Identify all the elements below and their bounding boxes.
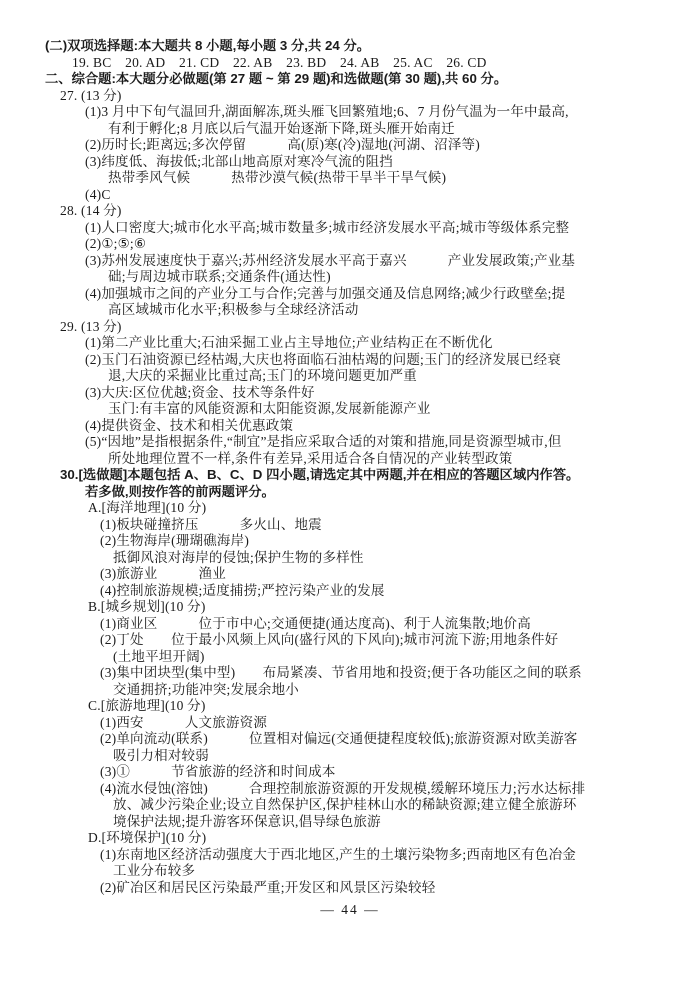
- doc-line: (3)纬度低、海拔低;北部山地高原对寒冷气流的阻挡: [0, 154, 700, 171]
- doc-line: (1)3 月中下旬气温回升,湖面解冻,斑头雁飞回繁殖地;6、7 月份气温为一年中…: [0, 104, 700, 121]
- doc-line: (5)“因地”是指根据条件,“制宜”是指应采取合适的对策和措施,同是资源型城市,…: [0, 434, 700, 451]
- exam-answer-sheet-page: (二)双项选择题:本大题共 8 小题,每小题 3 分,共 24 分。19. BC…: [0, 0, 700, 990]
- doc-line: 所处地理位置不一样,条件有差异,采用适合各自情况的产业转型政策: [0, 451, 700, 468]
- doc-line: 工业分布较多: [0, 863, 700, 880]
- doc-line: (1)第二产业比重大;石油采掘工业占主导地位;产业结构正在不断优化: [0, 335, 700, 352]
- doc-line: (3)旅游业 渔业: [0, 566, 700, 583]
- optionB-header: B.[城乡规划](10 分): [0, 599, 700, 616]
- doc-line: (3)大庆:区位优越;资金、技术等条件好: [0, 385, 700, 402]
- doc-line: (1)人口密度大;城市化水平高;城市数量多;城市经济发展水平高;城市等级体系完整: [0, 220, 700, 237]
- doc-line: (1)西安 人文旅游资源: [0, 715, 700, 732]
- doc-line: (4)流水侵蚀(溶蚀) 合理控制旅游资源的开发规模,缓解环境压力;污水达标排: [0, 781, 700, 798]
- doc-line: (2)①;⑤;⑥: [0, 236, 700, 253]
- doc-line: (1)商业区 位于市中心;交通便捷(通达度高)、利于人流集散;地价高: [0, 616, 700, 633]
- doc-lines: (二)双项选择题:本大题共 8 小题,每小题 3 分,共 24 分。19. BC…: [0, 38, 700, 896]
- section3-header: 二、综合题:本大题分必做题(第 27 题 ~ 第 29 题)和选做题(第 30 …: [0, 71, 700, 88]
- doc-line: 抵御风浪对海岸的侵蚀;保护生物的多样性: [0, 550, 700, 567]
- q28-header: 28. (14 分): [0, 203, 700, 220]
- doc-line: (1)板块碰撞挤压 多火山、地震: [0, 517, 700, 534]
- doc-line: (3)苏州发展速度快于嘉兴;苏州经济发展水平高于嘉兴 产业发展政策;产业基: [0, 253, 700, 270]
- choice-answers-row: 19. BC 20. AD 21. CD 22. AB 23. BD 24. A…: [0, 55, 700, 72]
- doc-line: (2)单向流动(联系) 位置相对偏远(交通便捷程度较低);旅游资源对欧美游客: [0, 731, 700, 748]
- section2-header: (二)双项选择题:本大题共 8 小题,每小题 3 分,共 24 分。: [0, 38, 700, 55]
- doc-line: 吸引力相对较弱: [0, 748, 700, 765]
- doc-line: 交通拥挤;功能冲突;发展余地小: [0, 682, 700, 699]
- q30-header-cont: 若多做,则按作答的前两题评分。: [0, 484, 700, 501]
- doc-line: (2)生物海岸(珊瑚礁海岸): [0, 533, 700, 550]
- doc-line: (2)历时长;距离远;多次停留 高(原)寒(冷)湿地(河湖、沼泽等): [0, 137, 700, 154]
- doc-line: 热带季风气候 热带沙漠气候(热带干旱半干旱气候): [0, 170, 700, 187]
- doc-line: 放、减少污染企业;设立自然保护区,保护桂林山水的稀缺资源;建立健全旅游环: [0, 797, 700, 814]
- optionD-header: D.[环境保护](10 分): [0, 830, 700, 847]
- doc-line: (4)控制旅游规模;适度捕捞;严控污染产业的发展: [0, 583, 700, 600]
- q27-header: 27. (13 分): [0, 88, 700, 105]
- doc-line: (2)玉门石油资源已经枯竭,大庆也将面临石油枯竭的问题;玉门的经济发展已经衰: [0, 352, 700, 369]
- doc-line: 有利于孵化;8 月底以后气温开始逐渐下降,斑头雁开始南迁: [0, 121, 700, 138]
- doc-line: 玉门:有丰富的风能资源和太阳能资源,发展新能源产业: [0, 401, 700, 418]
- doc-line: 础;与周边城市联系;交通条件(通达性): [0, 269, 700, 286]
- doc-line: (4)提供资金、技术和相关优惠政策: [0, 418, 700, 435]
- doc-line: 高区域城市化水平;积极参与全球经济活动: [0, 302, 700, 319]
- optionA-header: A.[海洋地理](10 分): [0, 500, 700, 517]
- doc-line: (4)C: [0, 187, 700, 204]
- doc-line: 境保护法规;提升游客环保意识,倡导绿色旅游: [0, 814, 700, 831]
- optionC-header: C.[旅游地理](10 分): [0, 698, 700, 715]
- q30-header: 30.[选做题]本题包括 A、B、C、D 四小题,请选定其中两题,并在相应的答题…: [0, 467, 700, 484]
- q29-header: 29. (13 分): [0, 319, 700, 336]
- doc-line: (3)① 节省旅游的经济和时间成本: [0, 764, 700, 781]
- doc-line: (3)集中团块型(集中型) 布局紧凑、节省用地和投资;便于各功能区之间的联系: [0, 665, 700, 682]
- page-number: — 44 —: [0, 902, 700, 918]
- doc-line: (2)丁处 位于最小风频上风向(盛行风的下风向);城市河流下游;用地条件好: [0, 632, 700, 649]
- doc-line: (4)加强城市之间的产业分工与合作;完善与加强交通及信息网络;减少行政壁垒;提: [0, 286, 700, 303]
- doc-line: (1)东南地区经济活动强度大于西北地区,产生的土壤污染物多;西南地区有色冶金: [0, 847, 700, 864]
- doc-line: (2)矿冶区和居民区污染最严重;开发区和风景区污染较轻: [0, 880, 700, 897]
- doc-line: (土地平坦开阔): [0, 649, 700, 666]
- doc-line: 退,大庆的采掘业比重过高;玉门的环境问题更加严重: [0, 368, 700, 385]
